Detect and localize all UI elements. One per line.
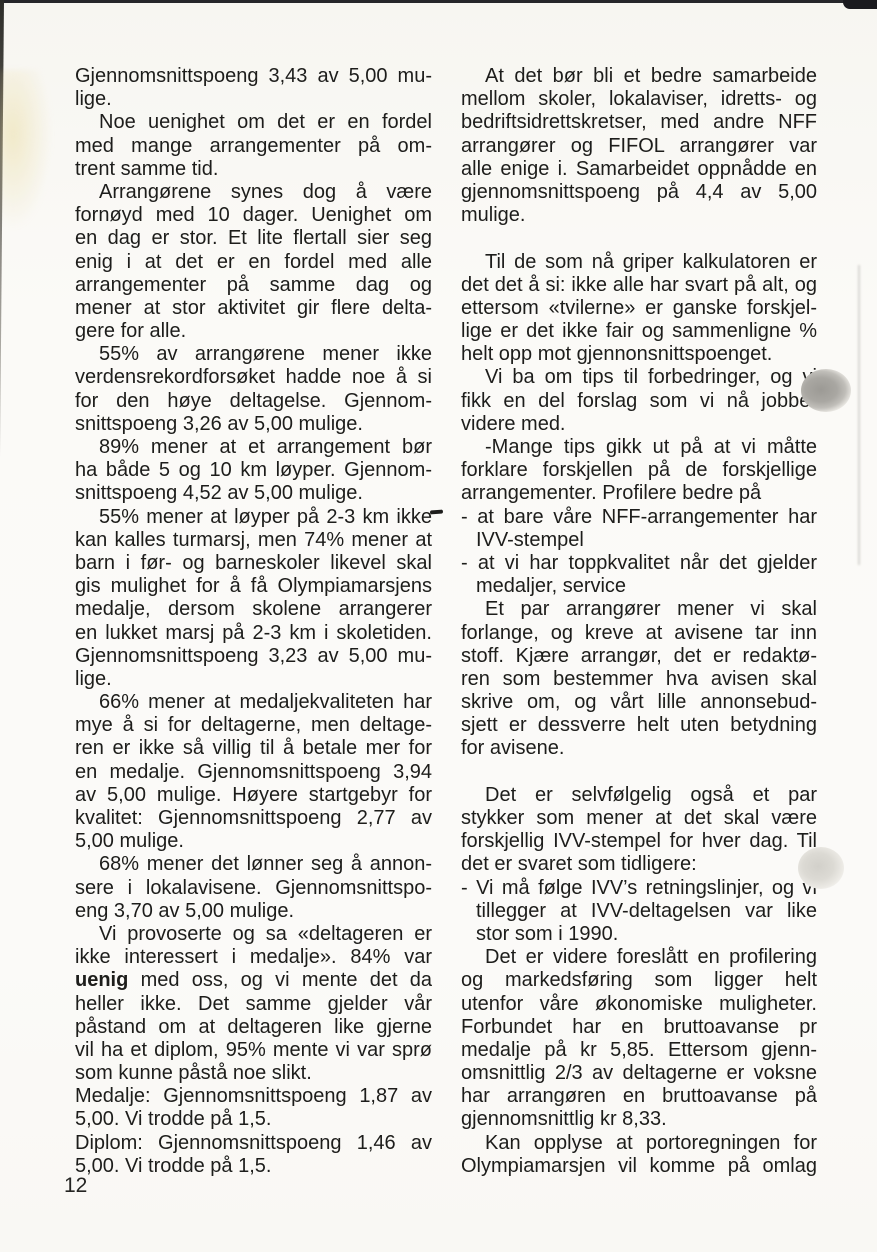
text-line: gjennomsnittlig kr 8,33. [461,1108,817,1131]
text-line: - Vi må følge IVV’s retningslinjer, og v… [461,877,817,900]
text-line: en medalje. Gjennomsnittspoeng 3,94 [75,761,432,784]
top-edge-scan-line [0,0,877,3]
text-line: som kunne påstå noe slikt. [75,1062,432,1085]
text-line: forskjellig IVV-stempel for hver dag. Ti… [461,830,817,853]
right-edge-shadow [858,265,860,565]
paper-stain [0,70,52,230]
text-line: mye å si for deltagerne, men deltage- [75,714,432,737]
text-line: verdensrekordforsøket hadde noe å si [75,366,432,389]
text-line: Gjennomsnittspoeng 3,23 av 5,00 mu- [75,645,432,668]
text-line: en dag er stor. Et lite flertall sier se… [75,227,432,250]
text-line: eng 3,70 av 5,00 mulige. [75,900,432,923]
text-line: At det bør bli et bedre samarbeide [461,65,817,88]
text-line: fikk en del forslag som vi nå jobber [461,390,817,413]
text-line: forklare forskjellen på de forskjellige [461,459,817,482]
text-line: fornøyd med 10 dager. Uenighet om [75,204,432,227]
margin-dash-mark [430,510,443,515]
text-line: en lukket marsj på 2-3 km i skoletiden. [75,622,432,645]
text-line: lige. [75,668,432,691]
text-line: medalje på kr 5,85. Ettersom gjenn- [461,1039,817,1062]
text-line: for avisene. [461,737,817,760]
text-line: ren som bestemmer hva avisen skal [461,668,817,691]
text-line: og markedsføring som ligger helt [461,969,817,992]
text-line: videre med. [461,413,817,436]
text-line: ha både 5 og 10 km løyper. Gjennom- [75,459,432,482]
punch-hole-bottom [798,847,844,889]
text-line: Noe uenighet om det er en fordel [75,111,432,134]
text-line: kan kalles turmarsj, men 74% mener at [75,529,432,552]
text-line: lige er det ikke fair og sammenligne % [461,320,817,343]
top-right-corner-scan-mark [843,0,877,9]
text-line: snittspoeng 4,52 av 5,00 mulige. [75,482,432,505]
text-line: 5,00 mulige. [75,830,432,853]
text-line: - at vi har toppkvalitet når det gjelder [461,552,817,575]
text-line: gjennomsnittspoeng på 4,4 av 5,00 [461,181,817,204]
text-line: stykker som mener at det skal være [461,807,817,830]
text-line: 5,00. Vi trodde på 1,5. [75,1108,432,1131]
punch-hole-top [801,369,851,412]
text-line: lige. [75,88,432,111]
text-line: 68% mener det lønner seg å annon- [75,853,432,876]
text-line: uenig med oss, og vi mente det da [75,969,432,992]
text-line: sere i lokalavisene. Gjennomsnittspo- [75,877,432,900]
text-line: mellom skoler, lokalaviser, idretts- og [461,88,817,111]
right-column: At det bør bli et bedre samarbeidemellom… [461,65,817,1178]
text-line: med mange arrangementer på om- [75,135,432,158]
text-line: Medalje: Gjennomsnittspoeng 1,87 av [75,1085,432,1108]
text-line: medalje, dersom skolene arrangerer [75,598,432,621]
text-line: snittspoeng 3,26 av 5,00 mulige. [75,413,432,436]
text-line: bedriftsidrettskretser, med andre NFF [461,111,817,134]
text-line: sjett er dessverre helt uten betydning [461,714,817,737]
text-line: barn i før- og barneskoler likevel skal [75,552,432,575]
text-line: helt opp mot gjennonsnittspoenget. [461,343,817,366]
text-line: arrangører og FIFOL arrangører var [461,135,817,158]
text-line: - at bare våre NFF-arrangementer har [461,506,817,529]
text-line: tillegger at IVV-deltagelsen var like [461,900,817,923]
text-line: Det er selvfølgelig også et par [461,784,817,807]
text-line: Det er videre foreslått en profilering [461,946,817,969]
text-line: Til de som nå griper kalkulatoren er [461,251,817,274]
text-line: det er svaret som tidligere: [461,853,817,876]
text-line: arrangementer. Profilere bedre på [461,482,817,505]
text-line: Olympiamarsjen vil komme på omlag [461,1155,817,1178]
text-line: for den høye deltagelse. Gjennom- [75,390,432,413]
text-line: Forbundet har en bruttoavanse pr [461,1016,817,1039]
text-line: forlange, og kreve at avisene tar inn [461,622,817,645]
text-line: gere for alle. [75,320,432,343]
text-line: av 5,00 mulige. Høyere startgebyr for [75,784,432,807]
text-line: medaljer, service [461,575,817,598]
text-line: trent samme tid. [75,158,432,181]
text-line: 66% mener at medaljekvaliteten har [75,691,432,714]
text-line: -Mange tips gikk ut på at vi måtte [461,436,817,459]
text-line: 5,00. Vi trodde på 1,5. [75,1155,432,1178]
scanned-page: Gjennomsnittspoeng 3,43 av 5,00 mu-lige.… [0,0,877,1252]
text-line: 55% av arrangørene mener ikke [75,343,432,366]
text-line: 89% mener at et arrangement bør [75,436,432,459]
text-line: stor som i 1990. [461,923,817,946]
page-number: 12 [64,1174,87,1197]
text-line: ettersom «tvilerne» er ganske forskjel- [461,297,817,320]
text-line: IVV-stempel [461,529,817,552]
text-line: stoff. Kjære arrangør, det er redaktø- [461,645,817,668]
text-line: Et par arrangører mener vi skal [461,598,817,621]
text-line: skrive om, og vårt lille annonsebud- [461,691,817,714]
text-line: Vi ba om tips til forbedringer, og vi [461,366,817,389]
text-line: arrangementer på samme dag og [75,274,432,297]
text-line: Kan opplyse at portoregningen for [461,1132,817,1155]
text-line: Vi provoserte og sa «deltageren er [75,923,432,946]
text-line: Diplom: Gjennomsnittspoeng 1,46 av [75,1132,432,1155]
text-line: har arrangøren en bruttoavanse på [461,1085,817,1108]
text-line: 55% mener at løyper på 2-3 km ikke [75,506,432,529]
text-line: Arrangørene synes dog å være [75,181,432,204]
text-line: det det å si: ikke alle har svart på alt… [461,274,817,297]
blank-line [461,227,817,250]
text-line: Gjennomsnittspoeng 3,43 av 5,00 mu- [75,65,432,88]
text-line: påstand om at deltageren like gjerne [75,1016,432,1039]
text-line: mener at stor aktivitet gir flere delta- [75,297,432,320]
text-line: mulige. [461,204,817,227]
text-line: ikke interessert i medalje». 84% var [75,946,432,969]
text-line: alle enige i. Samarbeidet oppnådde en [461,158,817,181]
text-line: utenfor våre økonomiske muligheter. [461,993,817,1016]
left-column: Gjennomsnittspoeng 3,43 av 5,00 mu-lige.… [75,65,432,1178]
text-line: kvalitet: Gjennomsnittspoeng 2,77 av [75,807,432,830]
text-line: heller ikke. Det samme gjelder vår [75,993,432,1016]
text-line: ren er ikke så villig til å betale mer f… [75,737,432,760]
text-line: gis mulighet for å få Olympiamarsjens [75,575,432,598]
text-line: vil ha et diplom, 95% mente vi var sprø [75,1039,432,1062]
text-line: omsnittlig 2/3 av deltagerne er voksne [461,1062,817,1085]
blank-line [461,761,817,784]
text-line: enig i at det er en fordel med alle [75,251,432,274]
